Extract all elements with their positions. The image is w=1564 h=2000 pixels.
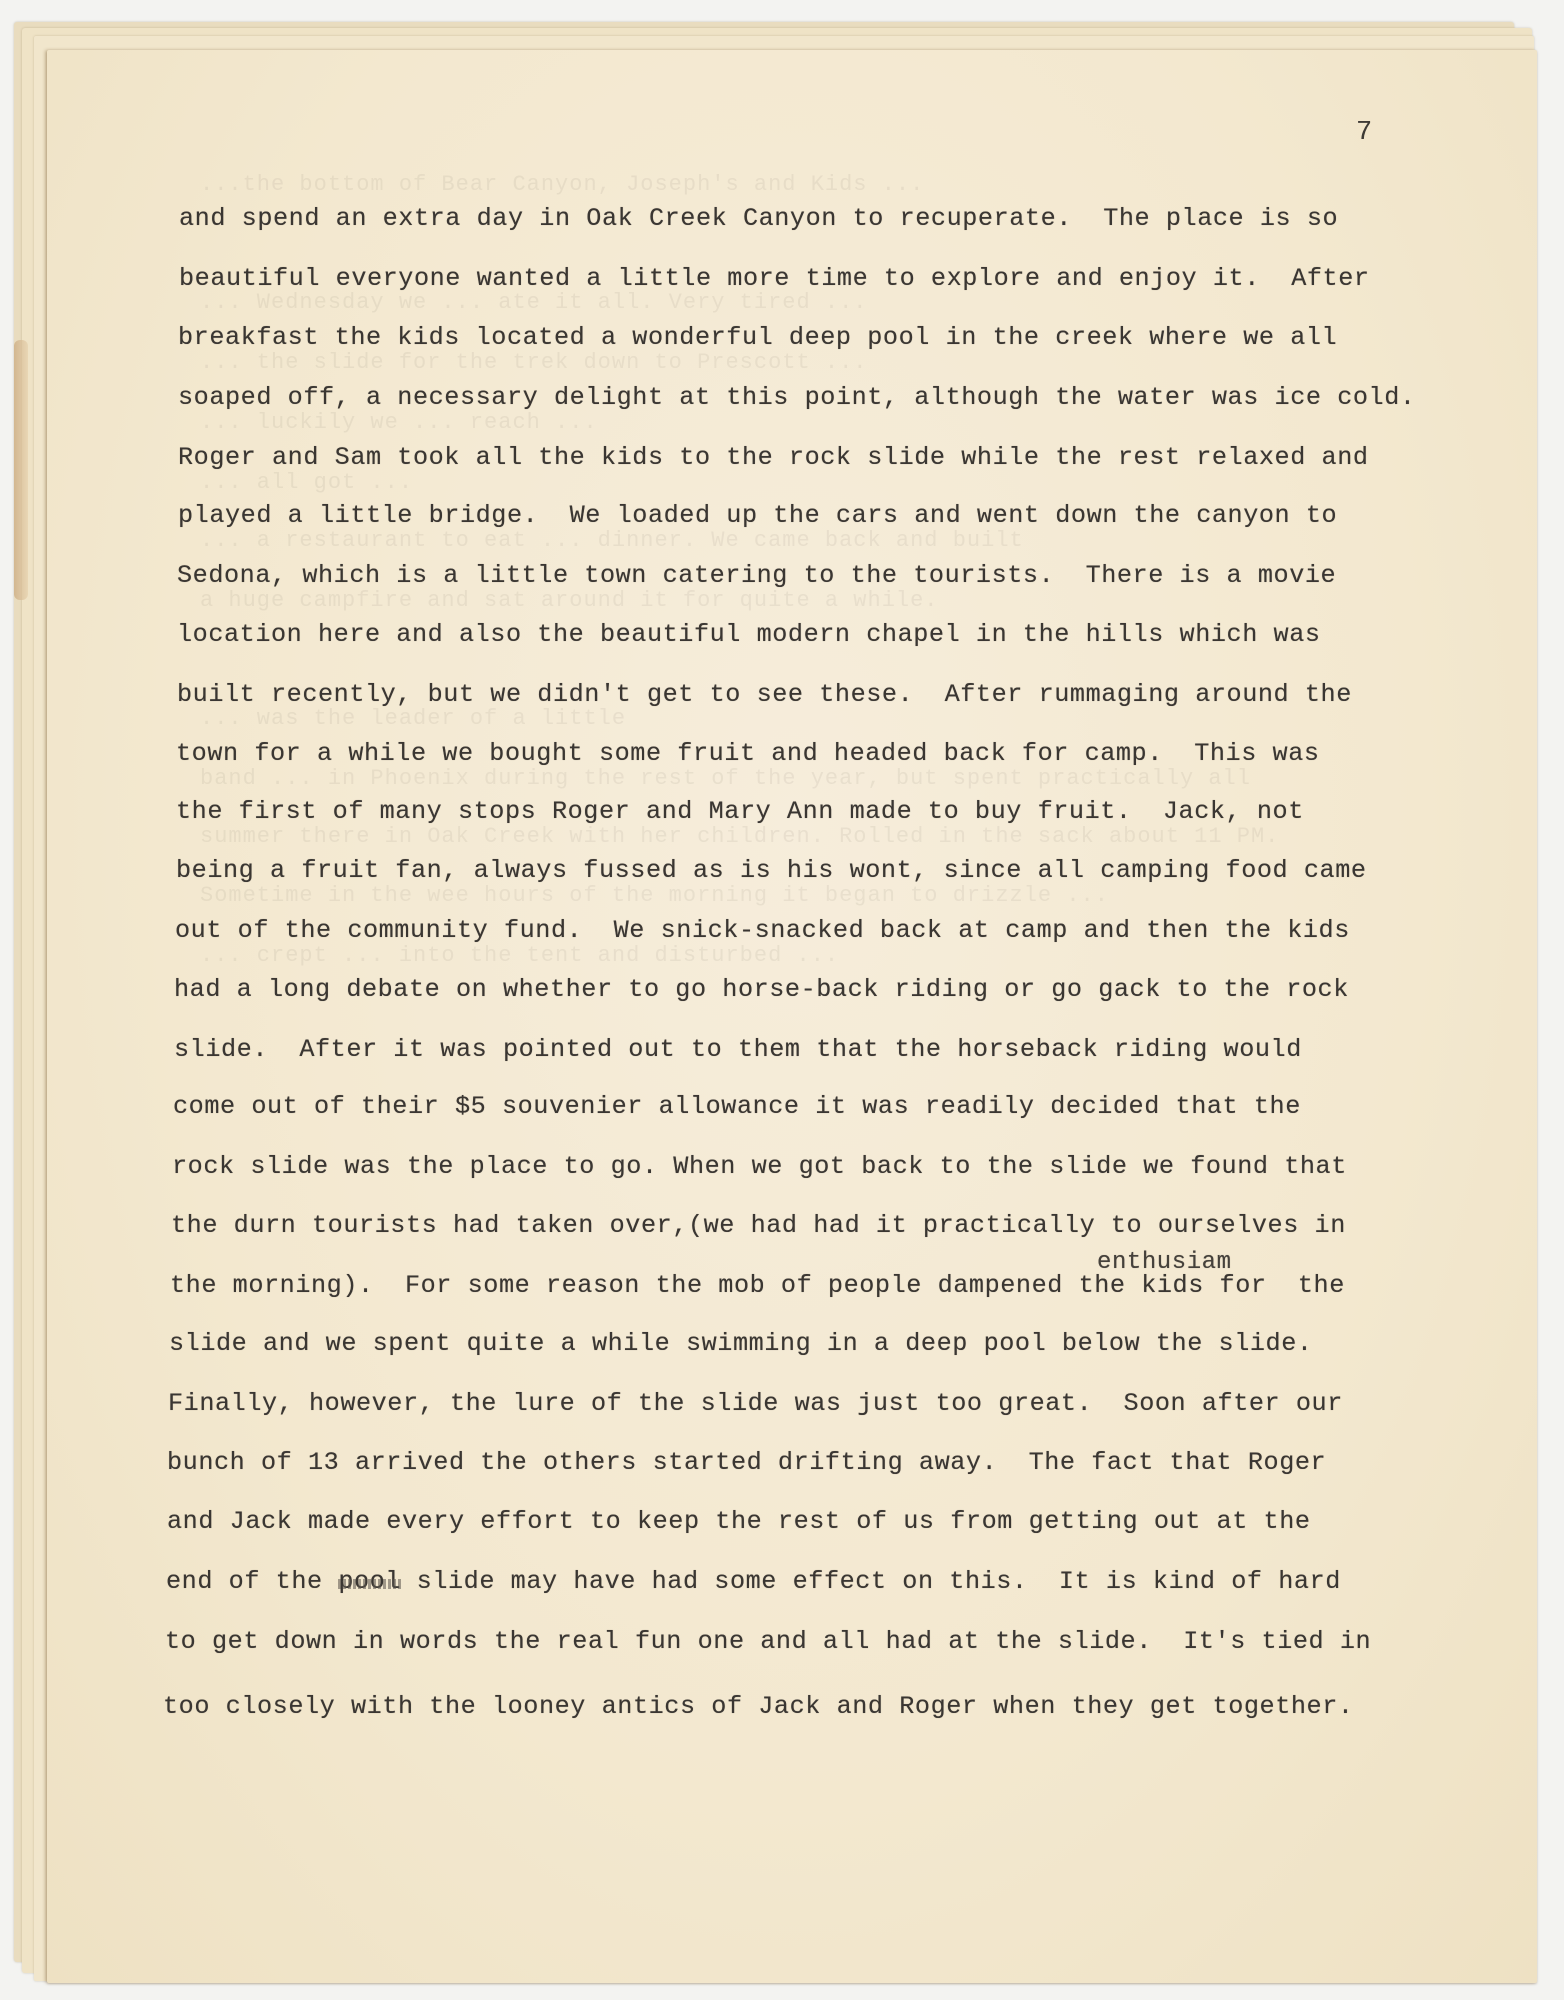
text-line: bunch of 13 arrived the others started d… — [167, 1448, 1326, 1477]
text-segment: slide may have had some effect on this. … — [401, 1567, 1341, 1596]
bleed-through-line: ... crept ... into the tent and disturbe… — [200, 943, 839, 968]
text-line: end of the pool slide may have had some … — [166, 1567, 1341, 1596]
bleed-through-line: ... was the leader of a little — [200, 706, 626, 731]
text-line: Finally, however, the lure of the slide … — [168, 1389, 1343, 1418]
bleed-through-line: ... all got ... — [200, 470, 427, 495]
text-line: and spend an extra day in Oak Creek Cany… — [179, 204, 1338, 233]
text-line: beautiful everyone wanted a little more … — [179, 264, 1370, 293]
text-line: and Jack made every effort to keep the r… — [167, 1507, 1311, 1536]
text-line: the first of many stops Roger and Mary A… — [176, 797, 1304, 826]
text-line: had a long debate on whether to go horse… — [174, 975, 1349, 1004]
bleed-through-line: ...the bottom of Bear Canyon, Joseph's a… — [200, 172, 924, 197]
text-line: built recently, but we didn't get to see… — [177, 680, 1352, 709]
text-line: slide. After it was pointed out to them … — [174, 1035, 1302, 1064]
text-line: Roger and Sam took all the kids to the r… — [178, 443, 1369, 472]
page-number: 7 — [1356, 118, 1372, 148]
text-line: too closely with the looney antics of Ja… — [163, 1692, 1354, 1721]
bleed-through-line: ... luckily we ... reach ... — [200, 410, 598, 435]
bleed-through-line: band ... in Phoenix during the rest of t… — [200, 766, 1251, 791]
text-line: Sedona, which is a little town catering … — [177, 561, 1336, 590]
text-line: to get down in words the real fun one an… — [165, 1627, 1371, 1656]
bleed-through-line: a huge campfire and sat around it for qu… — [200, 588, 939, 613]
text-line: out of the community fund. We snick-snac… — [175, 916, 1350, 945]
bleed-through-line: ... Wednesday we ... ate it all. Very ti… — [200, 290, 868, 315]
text-line: breakfast the kids located a wonderful d… — [178, 323, 1337, 352]
text-line: being a fruit fan, always fussed as is h… — [176, 856, 1367, 885]
text-line: town for a while we bought some fruit an… — [176, 739, 1320, 768]
text-line: the durn tourists had taken over,(we had… — [171, 1211, 1346, 1240]
paper-edge-stain — [14, 340, 28, 600]
text-line: played a little bridge. We loaded up the… — [178, 501, 1337, 530]
bleed-through-line: Sometime in the wee hours of the morning… — [200, 883, 1109, 908]
bleed-through-line: ... the slide for the trek down to Presc… — [200, 350, 868, 375]
bleed-through-line: summer there in Oak Creek with her child… — [200, 824, 1279, 849]
text-line: come out of their $5 souvenier allowance… — [173, 1092, 1301, 1121]
text-line: rock slide was the place to go. When we … — [172, 1152, 1347, 1181]
text-line: slide and we spent quite a while swimmin… — [169, 1329, 1313, 1358]
text-line: soaped off, a necessary delight at this … — [178, 383, 1416, 412]
bleed-through-line: ... a restaurant to eat ... dinner. We c… — [200, 528, 1024, 553]
text-segment: end of the — [166, 1567, 338, 1596]
text-line: the morning). For some reason the mob of… — [170, 1271, 1345, 1300]
text-line: location here and also the beautiful mod… — [177, 620, 1321, 649]
struck-out-word: pool — [338, 1567, 401, 1596]
